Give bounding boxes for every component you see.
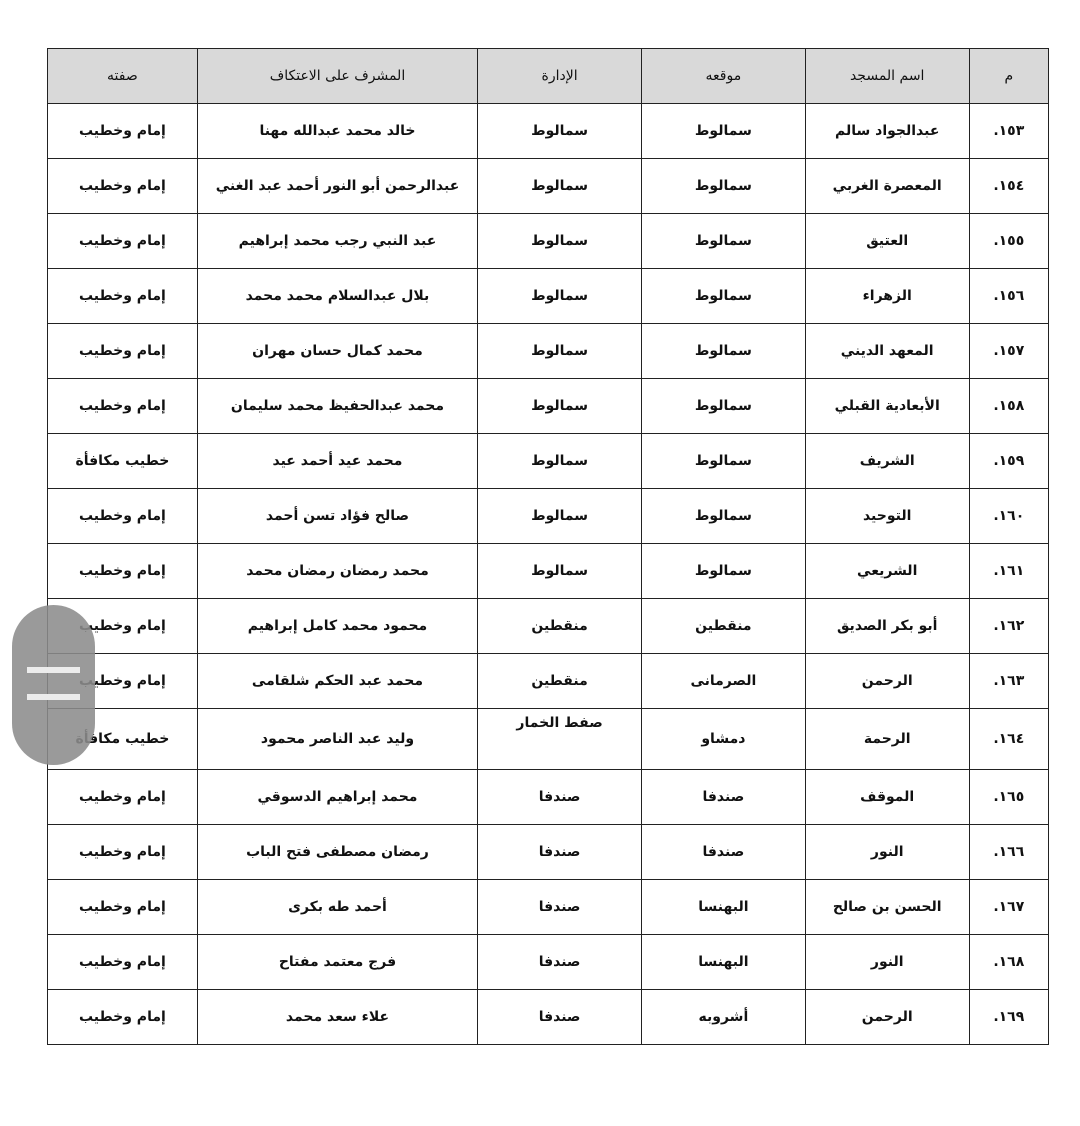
cell-role: إمام وخطيب (48, 379, 198, 434)
cell-mosque-name: الموقف (805, 770, 969, 825)
cell-role: إمام وخطيب (48, 880, 198, 935)
cell-num: ١٦٦. (969, 825, 1048, 880)
cell-num: ١٥٧. (969, 324, 1048, 379)
header-mosque-name: اسم المسجد (805, 49, 969, 104)
cell-mosque-name: النور (805, 935, 969, 990)
cell-supervisor: عبدالرحمن أبو النور أحمد عبد الغني (197, 159, 477, 214)
cell-location: سمالوط (641, 489, 805, 544)
cell-location: الصرمانى (641, 654, 805, 709)
cell-num: ١٥٨. (969, 379, 1048, 434)
cell-mosque-name: المعهد الديني (805, 324, 969, 379)
table-row: ١٥٩.الشريفسمالوطسمالوطمحمد عيد أحمد عيدخ… (48, 434, 1049, 489)
cell-administration: سمالوط (478, 269, 642, 324)
header-location: موقعه (641, 49, 805, 104)
table-row: ١٥٣.عبدالجواد سالمسمالوطسمالوطخالد محمد … (48, 104, 1049, 159)
cell-mosque-name: الشريعي (805, 544, 969, 599)
cell-role: إمام وخطيب (48, 544, 198, 599)
cell-mosque-name: الشريف (805, 434, 969, 489)
table-row: ١٥٨.الأبعادية القبليسمالوطسمالوطمحمد عبد… (48, 379, 1049, 434)
header-role: صفته (48, 49, 198, 104)
cell-mosque-name: عبدالجواد سالم (805, 104, 969, 159)
cell-mosque-name: الرحمن (805, 654, 969, 709)
cell-location: منقطين (641, 599, 805, 654)
cell-role: إمام وخطيب (48, 825, 198, 880)
cell-location: البهنسا (641, 935, 805, 990)
cell-num: ١٦١. (969, 544, 1048, 599)
cell-supervisor: فرج معتمد مفتاح (197, 935, 477, 990)
cell-administration: سمالوط (478, 379, 642, 434)
cell-supervisor: صالح فؤاد تسن أحمد (197, 489, 477, 544)
cell-supervisor: محمد عبد الحكم شلقامى (197, 654, 477, 709)
cell-administration: سمالوط (478, 214, 642, 269)
cell-num: ١٦٧. (969, 880, 1048, 935)
cell-mosque-name: أبو بكر الصديق (805, 599, 969, 654)
cell-role: إمام وخطيب (48, 770, 198, 825)
cell-supervisor: عبد النبي رجب محمد إبراهيم (197, 214, 477, 269)
table-row: ١٦٨.النورالبهنساصندفافرج معتمد مفتاحإمام… (48, 935, 1049, 990)
cell-role: إمام وخطيب (48, 489, 198, 544)
cell-location: سمالوط (641, 214, 805, 269)
cell-location: سمالوط (641, 159, 805, 214)
cell-role: خطيب مكافأة (48, 434, 198, 489)
cell-location: سمالوط (641, 434, 805, 489)
cell-mosque-name: الرحمة (805, 709, 969, 770)
cell-administration: سمالوط (478, 324, 642, 379)
header-num: م (969, 49, 1048, 104)
cell-mosque-name: الحسن بن صالح (805, 880, 969, 935)
cell-role: إمام وخطيب (48, 269, 198, 324)
cell-administration: سمالوط (478, 489, 642, 544)
cell-num: ١٦٣. (969, 654, 1048, 709)
cell-administration: صندفا (478, 880, 642, 935)
table-row: ١٦٠.التوحيدسمالوطسمالوطصالح فؤاد تسن أحم… (48, 489, 1049, 544)
cell-supervisor: محمد عبدالحفيظ محمد سليمان (197, 379, 477, 434)
cell-location: البهنسا (641, 880, 805, 935)
cell-mosque-name: النور (805, 825, 969, 880)
cell-supervisor: أحمد طه بكرى (197, 880, 477, 935)
table-row: ١٦٦.النورصندفاصندفارمضان مصطفى فتح الباب… (48, 825, 1049, 880)
cell-num: ١٦٤. (969, 709, 1048, 770)
cell-supervisor: علاء سعد محمد (197, 990, 477, 1045)
cell-num: ١٥٦. (969, 269, 1048, 324)
header-supervisor: المشرف على الاعتكاف (197, 49, 477, 104)
cell-num: ١٦٨. (969, 935, 1048, 990)
cell-location: سمالوط (641, 544, 805, 599)
cell-num: ١٦٥. (969, 770, 1048, 825)
table-row: ١٥٧.المعهد الدينيسمالوطسمالوطمحمد كمال ح… (48, 324, 1049, 379)
table-row: ١٥٤.المعصرة الغربيسمالوطسمالوطعبدالرحمن … (48, 159, 1049, 214)
cell-location: سمالوط (641, 269, 805, 324)
table-header-row: م اسم المسجد موقعه الإدارة المشرف على ال… (48, 49, 1049, 104)
cell-mosque-name: التوحيد (805, 489, 969, 544)
cell-role: إمام وخطيب (48, 324, 198, 379)
cell-supervisor: محمد إبراهيم الدسوقي (197, 770, 477, 825)
floating-drag-handle[interactable] (12, 605, 95, 765)
handle-bar (27, 694, 80, 700)
table-row: ١٦٤.الرحمةدمشاوصفط الخماروليد عبد الناصر… (48, 709, 1049, 770)
cell-role: إمام وخطيب (48, 990, 198, 1045)
cell-administration: صندفا (478, 990, 642, 1045)
cell-administration: صفط الخمار (478, 709, 642, 770)
cell-administration: صندفا (478, 825, 642, 880)
cell-num: ١٦٩. (969, 990, 1048, 1045)
table-row: ١٦٥.الموقفصندفاصندفامحمد إبراهيم الدسوقي… (48, 770, 1049, 825)
cell-mosque-name: العتيق (805, 214, 969, 269)
cell-administration: منقطين (478, 654, 642, 709)
cell-mosque-name: الأبعادية القبلي (805, 379, 969, 434)
table-row: ١٦٢.أبو بكر الصديقمنقطينمنقطينمحمود محمد… (48, 599, 1049, 654)
cell-mosque-name: المعصرة الغربي (805, 159, 969, 214)
cell-location: سمالوط (641, 379, 805, 434)
cell-role: إمام وخطيب (48, 159, 198, 214)
cell-supervisor: بلال عبدالسلام محمد محمد (197, 269, 477, 324)
header-administration: الإدارة (478, 49, 642, 104)
mosque-itikaf-table: م اسم المسجد موقعه الإدارة المشرف على ال… (47, 48, 1049, 1045)
handle-bar (27, 667, 80, 673)
cell-supervisor: وليد عبد الناصر محمود (197, 709, 477, 770)
table-row: ١٥٦.الزهراءسمالوطسمالوطبلال عبدالسلام مح… (48, 269, 1049, 324)
cell-supervisor: رمضان مصطفى فتح الباب (197, 825, 477, 880)
cell-role: إمام وخطيب (48, 104, 198, 159)
cell-administration: صندفا (478, 935, 642, 990)
cell-administration: سمالوط (478, 159, 642, 214)
cell-location: صندفا (641, 825, 805, 880)
cell-supervisor: خالد محمد عبدالله مهنا (197, 104, 477, 159)
cell-administration: سمالوط (478, 104, 642, 159)
cell-role: إمام وخطيب (48, 935, 198, 990)
cell-num: ١٥٤. (969, 159, 1048, 214)
cell-mosque-name: الزهراء (805, 269, 969, 324)
cell-supervisor: محمد رمضان رمضان محمد (197, 544, 477, 599)
table-row: ١٦٣.الرحمنالصرمانىمنقطينمحمد عبد الحكم ش… (48, 654, 1049, 709)
cell-mosque-name: الرحمن (805, 990, 969, 1045)
cell-location: سمالوط (641, 324, 805, 379)
cell-num: ١٥٣. (969, 104, 1048, 159)
cell-num: ١٦٢. (969, 599, 1048, 654)
cell-administration: سمالوط (478, 434, 642, 489)
table-row: ١٦٧.الحسن بن صالحالبهنساصندفاأحمد طه بكر… (48, 880, 1049, 935)
cell-administration: منقطين (478, 599, 642, 654)
table-row: ١٥٥.العتيقسمالوطسمالوطعبد النبي رجب محمد… (48, 214, 1049, 269)
cell-supervisor: محمود محمد كامل إبراهيم (197, 599, 477, 654)
cell-supervisor: محمد كمال حسان مهران (197, 324, 477, 379)
table-row: ١٦٩.الرحمنأشروبهصندفاعلاء سعد محمدإمام و… (48, 990, 1049, 1045)
cell-num: ١٦٠. (969, 489, 1048, 544)
cell-administration: سمالوط (478, 544, 642, 599)
cell-location: سمالوط (641, 104, 805, 159)
cell-supervisor: محمد عيد أحمد عيد (197, 434, 477, 489)
cell-role: إمام وخطيب (48, 214, 198, 269)
table-row: ١٦١.الشريعيسمالوطسمالوطمحمد رمضان رمضان … (48, 544, 1049, 599)
cell-location: أشروبه (641, 990, 805, 1045)
cell-location: دمشاو (641, 709, 805, 770)
cell-administration: صندفا (478, 770, 642, 825)
cell-num: ١٥٥. (969, 214, 1048, 269)
cell-num: ١٥٩. (969, 434, 1048, 489)
cell-location: صندفا (641, 770, 805, 825)
